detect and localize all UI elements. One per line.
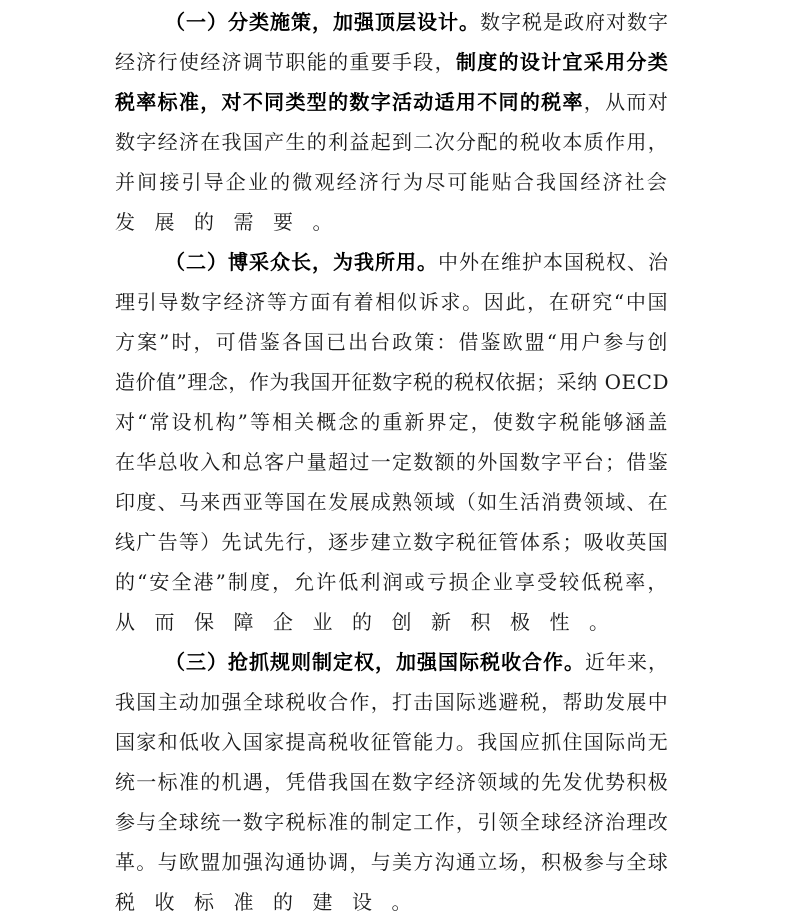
text-line: 国家和低收入国家提高税收征管能力。我国应抓住国际尚无 <box>115 722 669 762</box>
text-line: （一）分类施策，加强顶层设计。数字税是政府对数字 <box>115 2 669 42</box>
body-text: 并间接引导企业的微观经济行为尽可能贴合我国经济社会 <box>115 170 669 194</box>
body-text: 在华总收入和总客户量超过一定数额的外国数字平台；借鉴 <box>115 450 669 474</box>
text-line: 数字经济在我国产生的利益起到二次分配的税收本质作用， <box>115 122 669 162</box>
text-line: 税收标准的建设。 <box>115 882 669 921</box>
text-line: 革。与欧盟加强沟通协调，与美方沟通立场，积极参与全球 <box>115 842 669 882</box>
body-text: 统一标准的机遇，凭借我国在数字经济领域的先发优势积极 <box>115 770 669 794</box>
text-line: （三）抢抓规则制定权，加强国际税收合作。近年来， <box>115 642 669 682</box>
body-text: 税收标准的建设。 <box>115 890 431 914</box>
body-text: 对“常设机构”等相关概念的重新界定，使数字税能够涵盖 <box>115 410 669 434</box>
body-text: 数字经济在我国产生的利益起到二次分配的税收本质作用， <box>115 130 669 154</box>
body-text: 线广告等）先试先行，逐步建立数字税征管体系；吸收英国 <box>115 530 669 554</box>
body-text: 我国主动加强全球税收合作，打击国际逃避税，帮助发展中 <box>115 690 669 714</box>
bold-text: （三）抢抓规则制定权，加强国际税收合作。 <box>165 650 585 674</box>
text-line: （二）博采众长，为我所用。中外在维护本国税权、治 <box>115 242 669 282</box>
body-text: 印度、马来西亚等国在发展成熟领域（如生活消费领域、在 <box>115 490 669 514</box>
body-text: 国家和低收入国家提高税收征管能力。我国应抓住国际尚无 <box>115 730 669 754</box>
body-text: 的“安全港”制度，允许低利润或亏损企业享受较低税率， <box>115 570 669 594</box>
text-line: 对“常设机构”等相关概念的重新界定，使数字税能够涵盖 <box>115 402 669 442</box>
body-text: 方案”时，可借鉴各国已出台政策：借鉴欧盟“用户参与创 <box>115 330 669 354</box>
bold-text: （二）博采众长，为我所用。 <box>165 250 438 274</box>
text-line: 统一标准的机遇，凭借我国在数字经济领域的先发优势积极 <box>115 762 669 802</box>
text-line: 税率标准，对不同类型的数字活动适用不同的税率，从而对 <box>115 82 669 122</box>
text-line: 线广告等）先试先行，逐步建立数字税征管体系；吸收英国 <box>115 522 669 562</box>
text-line: 发展的需要。 <box>115 202 669 242</box>
body-text: 近年来， <box>585 650 669 674</box>
body-text: 造价值”理念，作为我国开征数字税的税权依据；采纳 OECD <box>115 370 669 394</box>
paragraph-section-2: （二）博采众长，为我所用。中外在维护本国税权、治理引导数字经济等方面有着相似诉求… <box>115 242 669 642</box>
paragraph-section-3: （三）抢抓规则制定权，加强国际税收合作。近年来，我国主动加强全球税收合作，打击国… <box>115 642 669 921</box>
body-text: ，从而对 <box>584 90 669 114</box>
text-line: 经济行使经济调节职能的重要手段，制度的设计宜采用分类 <box>115 42 669 82</box>
text-line: 从而保障企业的创新积极性。 <box>115 602 669 642</box>
bold-text: 税率标准，对不同类型的数字活动适用不同的税率 <box>115 90 584 114</box>
text-line: 造价值”理念，作为我国开征数字税的税权依据；采纳 OECD <box>115 362 669 402</box>
text-line: 参与全球统一数字税标准的制定工作，引领全球经济治理改 <box>115 802 669 842</box>
text-line: 我国主动加强全球税收合作，打击国际逃避税，帮助发展中 <box>115 682 669 722</box>
body-text: 数字税是政府对数字 <box>480 10 669 34</box>
body-text: 中外在维护本国税权、治 <box>438 250 669 274</box>
text-line: 的“安全港”制度，允许低利润或亏损企业享受较低税率， <box>115 562 669 602</box>
text-line: 并间接引导企业的微观经济行为尽可能贴合我国经济社会 <box>115 162 669 202</box>
document-page: （一）分类施策，加强顶层设计。数字税是政府对数字经济行使经济调节职能的重要手段，… <box>115 2 669 921</box>
text-line: 印度、马来西亚等国在发展成熟领域（如生活消费领域、在 <box>115 482 669 522</box>
body-text: 从而保障企业的创新积极性。 <box>115 610 629 634</box>
body-text: 发展的需要。 <box>115 210 352 234</box>
body-text: 经济行使经济调节职能的重要手段， <box>115 50 456 74</box>
text-line: 方案”时，可借鉴各国已出台政策：借鉴欧盟“用户参与创 <box>115 322 669 362</box>
bold-text: （一）分类施策，加强顶层设计。 <box>165 10 480 34</box>
body-text: 理引导数字经济等方面有着相似诉求。因此，在研究“中国 <box>115 290 669 314</box>
body-text: 革。与欧盟加强沟通协调，与美方沟通立场，积极参与全球 <box>115 850 669 874</box>
text-line: 理引导数字经济等方面有着相似诉求。因此，在研究“中国 <box>115 282 669 322</box>
body-text: 参与全球统一数字税标准的制定工作，引领全球经济治理改 <box>115 810 669 834</box>
bold-text: 制度的设计宜采用分类 <box>456 50 669 74</box>
text-line: 在华总收入和总客户量超过一定数额的外国数字平台；借鉴 <box>115 442 669 482</box>
paragraph-section-1: （一）分类施策，加强顶层设计。数字税是政府对数字经济行使经济调节职能的重要手段，… <box>115 2 669 242</box>
